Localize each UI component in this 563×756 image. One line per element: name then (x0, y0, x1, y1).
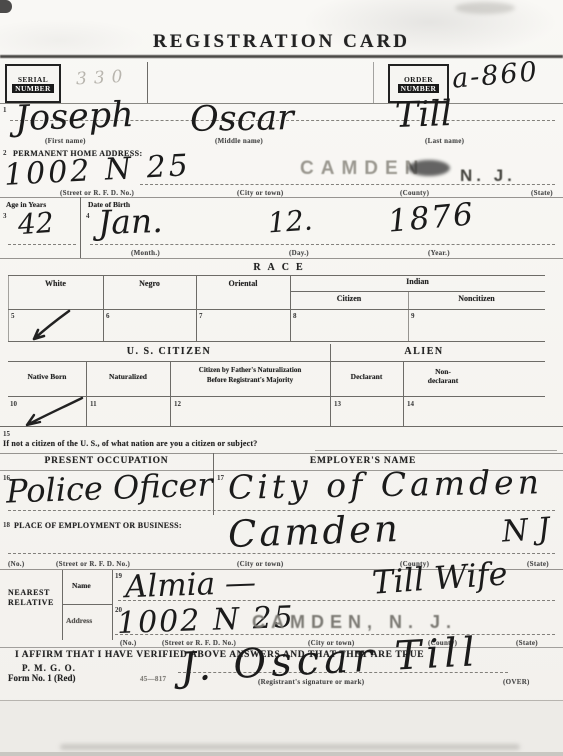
serial-label-line1: SERIAL (18, 75, 48, 84)
race-indian-noncitizen-header: Noncitizen (408, 294, 545, 303)
pmgo-text: P. M. G. O. (22, 663, 76, 673)
field-number-7: 7 (199, 312, 203, 320)
relative-camden-stamp: CAMDEN, N. J. (252, 612, 457, 633)
citizen-subheader-rule (8, 396, 545, 397)
month-label: (Month.) (131, 249, 160, 257)
field-number-1: 1 (3, 106, 7, 114)
occupation-handwriting: Police Oficer (6, 468, 214, 507)
nearest-relative-label-line2: RELATIVE (8, 598, 54, 607)
field-number-14: 14 (407, 400, 414, 408)
field-number-2: 2 (3, 149, 7, 157)
day-label: (Day.) (289, 249, 309, 257)
field-number-15: 15 (3, 430, 10, 438)
address-city-label: (City or town) (237, 189, 283, 197)
native-born-checkmark-icon (20, 396, 86, 428)
print-code: 45—817 (140, 675, 166, 683)
employment-no-label: (No.) (8, 560, 24, 568)
citizen-alien-divider (330, 344, 331, 426)
nj-stamp: N. J. (460, 166, 516, 186)
race-header-rule (8, 309, 545, 310)
age-value-handwriting: 42 (17, 209, 55, 239)
address-state-label: (State) (531, 189, 553, 197)
relative-address-label: Address (66, 616, 92, 625)
scan-smudge-top (455, 2, 515, 14)
employer-handwriting: City of Camden (228, 465, 543, 503)
middle-name-label: (Middle name) (215, 137, 263, 145)
father-naturalization-header-line1: Citizen by Father's Naturalization (172, 366, 328, 374)
native-born-header: Native Born (8, 372, 86, 381)
alien-heading: ALIEN (330, 346, 518, 357)
relative-box-right (112, 570, 113, 640)
employment-city-handwriting: Camden (227, 510, 401, 553)
serial-label-line2: NUMBER (12, 84, 54, 93)
first-name-handwriting: Joseph (14, 98, 134, 137)
address-street-label: (Street or R. F. D. No.) (60, 189, 134, 197)
field-number-3: 3 (3, 212, 7, 220)
employment-state-label: (State) (527, 560, 549, 568)
order-divider (373, 62, 374, 103)
scan-smudge-corner (0, 0, 12, 13)
field-number-12: 12 (174, 400, 181, 408)
year-label: (Year.) (428, 249, 450, 257)
serial-divider (147, 62, 148, 103)
relative-box-middle (62, 604, 112, 605)
relative-name-label: Name (72, 581, 91, 590)
birth-month-handwriting: Jan. (97, 204, 163, 239)
field-number-17: 17 (217, 474, 224, 482)
field-number-13: 13 (334, 400, 341, 408)
question-15-rule (0, 453, 563, 454)
race-heading: RACE (0, 262, 563, 273)
birth-day-handwriting: 12. (267, 206, 313, 237)
present-occupation-heading: PRESENT OCCUPATION (0, 456, 213, 466)
declarant-header: Declarant (330, 372, 403, 381)
race-oriental-header: Oriental (196, 279, 290, 288)
father-naturalization-header-line2: Before Registrant's Majority (172, 376, 328, 384)
race-indian-subrule (290, 291, 545, 292)
page-title: REGISTRATION CARD (0, 31, 563, 53)
us-citizen-heading: U. S. CITIZEN (8, 346, 330, 357)
order-number-value: a-860 (451, 58, 540, 92)
field-number-5: 5 (11, 312, 15, 320)
race-white-header: White (8, 279, 103, 288)
race-indian-header: Indian (290, 277, 545, 286)
nearest-relative-label-line1: NEAREST (8, 588, 50, 597)
middle-name-handwriting: Oscar (190, 101, 294, 138)
relative-name-handwriting-2: Till Wife (371, 557, 508, 598)
field-number-10: 10 (10, 400, 17, 408)
over-label: (OVER) (503, 678, 530, 686)
question-15-text: If not a citizen of the U. S., of what n… (3, 439, 257, 448)
title-rule (0, 55, 563, 58)
field-number-6: 6 (106, 312, 110, 320)
order-label-line2: NUMBER (398, 84, 440, 93)
signature-label: (Registrant's signature or mark) (258, 678, 364, 686)
employment-place-label: PLACE OF EMPLOYMENT OR BUSINESS: (14, 521, 182, 530)
last-name-handwriting: Till (394, 97, 452, 134)
race-negro-header: Negro (103, 279, 196, 288)
nondeclarant-header-line2: declarant (403, 376, 483, 385)
nondeclarant-header-line1: Non- (403, 367, 483, 376)
employment-street-label: (Street or R. F. D. No.) (56, 560, 130, 568)
race-white-checkmark-icon (25, 308, 75, 344)
first-name-label: (First name) (45, 137, 86, 145)
scan-bottom-line (0, 752, 563, 756)
age-underline (8, 244, 76, 245)
relative-name-handwriting: Almia — (124, 568, 256, 604)
relative-box-left (62, 570, 63, 640)
camden-stamp: CAMDEN (300, 158, 425, 180)
relative-state-label: (State) (516, 639, 538, 647)
last-name-label: (Last name) (425, 137, 464, 145)
citizen-col-divider-2 (170, 361, 171, 426)
age-divider (80, 197, 81, 258)
field-number-9: 9 (411, 312, 415, 320)
address-row-rule (0, 197, 563, 198)
field-number-4: 4 (86, 212, 90, 220)
citizen-col-divider-1 (86, 361, 87, 426)
stamp-smudge (408, 160, 450, 176)
relative-no-label: (No.) (120, 639, 136, 647)
field-number-8: 8 (293, 312, 297, 320)
citizen-header-rule (8, 361, 545, 362)
field-number-18: 18 (3, 521, 10, 529)
birth-year-handwriting: 1876 (387, 199, 476, 237)
serial-number-value: 330 (76, 69, 130, 89)
order-label-line1: ORDER (404, 75, 433, 84)
registration-card-document: REGISTRATION CARD SERIAL NUMBER 330 ORDE… (0, 0, 563, 756)
form-number-text: Form No. 1 (Red) (8, 673, 75, 683)
employment-state-handwriting: N J (501, 514, 551, 547)
birth-underline (90, 244, 555, 245)
question-15-answer-line (315, 450, 557, 451)
race-indian-citizen-header: Citizen (290, 294, 408, 303)
field-number-11: 11 (90, 400, 97, 408)
race-top-rule (8, 275, 545, 276)
age-row-rule (0, 258, 563, 259)
occupation-divider (213, 453, 214, 515)
scan-smudge-bottom (60, 744, 520, 750)
race-bottom-rule (8, 341, 545, 342)
address-county-label: (County) (400, 189, 429, 197)
field-number-19: 19 (115, 572, 122, 580)
naturalized-header: Naturalized (86, 372, 170, 381)
